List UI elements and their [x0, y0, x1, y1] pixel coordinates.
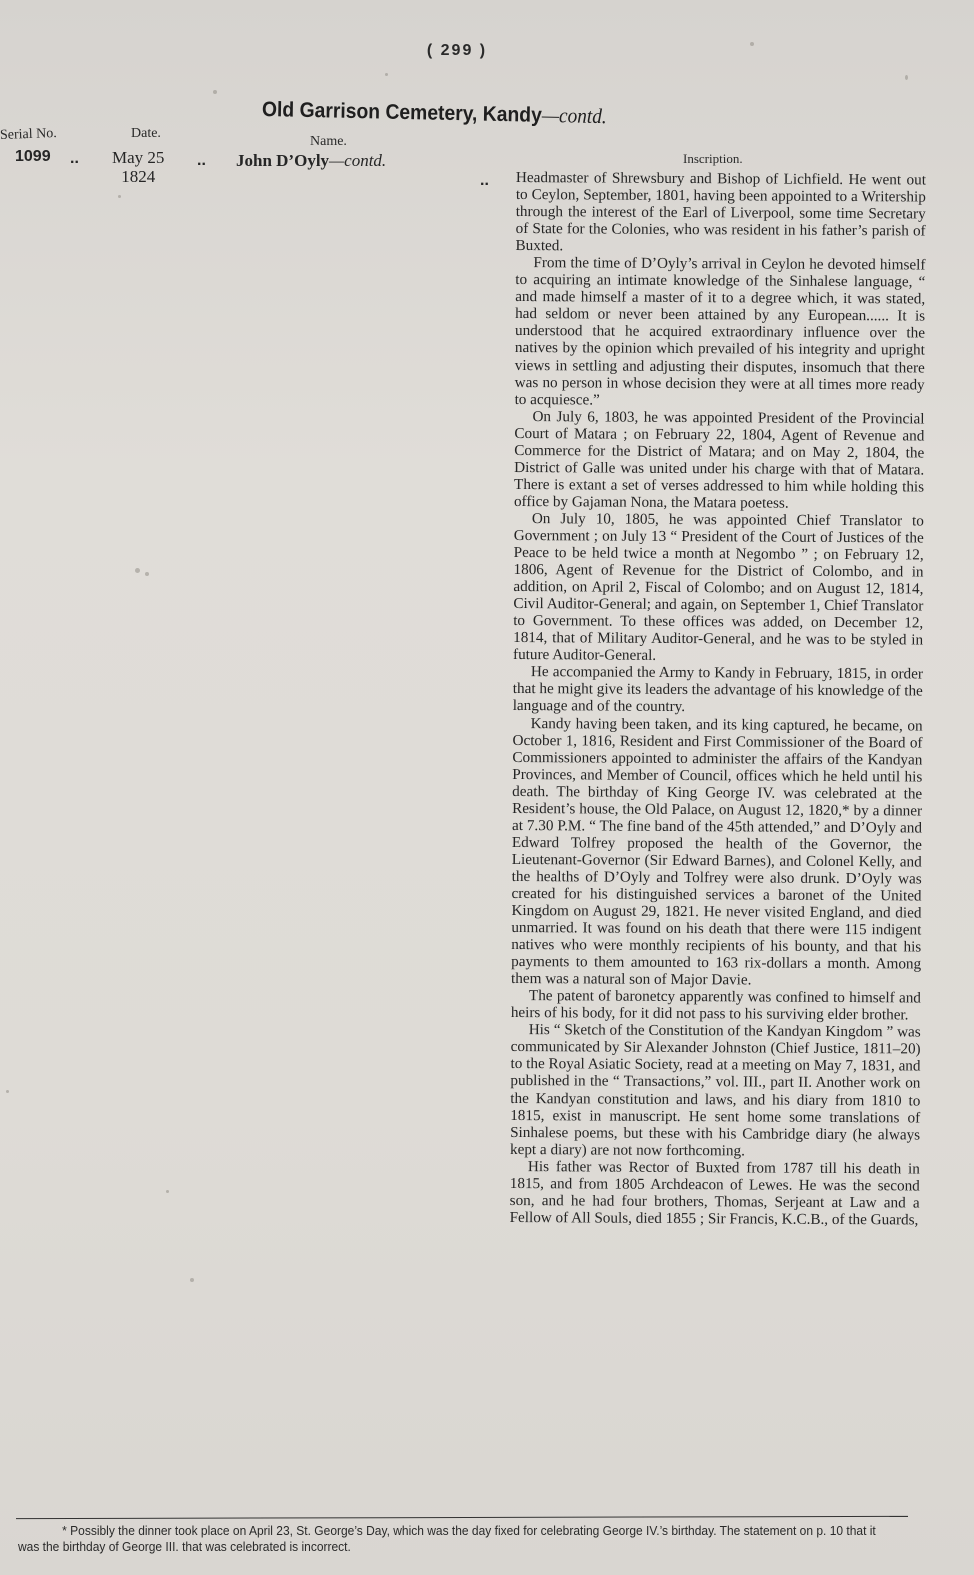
inscription-paragraph: His “ Sketch of the Constitution of the … [510, 1021, 921, 1160]
inscription-paragraph: He accompanied the Army to Kandy in Febr… [513, 663, 923, 717]
entry-serial: 1099 [15, 148, 51, 166]
inscription-paragraph: The patent of baronetcy apparently was c… [511, 987, 921, 1024]
entry-date-day: May 25 [112, 148, 164, 167]
inscription-paragraph: Kandy having been taken, and its king ca… [511, 714, 923, 989]
footnote-divider [16, 1516, 908, 1519]
title-text: Old Garrison Cemetery, Kandy [262, 98, 542, 127]
entry-date: May 25 1824 [112, 148, 164, 186]
column-header-serial: Serial No. [0, 126, 57, 144]
paper-speck [135, 568, 140, 573]
inscription-paragraph: Headmaster of Shrewsbury and Bishop of L… [515, 169, 926, 257]
paper-speck [166, 1190, 169, 1193]
paper-speck [145, 572, 149, 576]
paper-speck [213, 90, 217, 94]
leader-dots: .. [70, 150, 79, 168]
footnote: * Possibly the dinner took place on Apri… [18, 1523, 877, 1555]
entry-name: John D’Oyly—contd. [236, 151, 386, 171]
paper-speck [190, 1278, 194, 1282]
entry-name-suffix: —contd. [329, 151, 386, 170]
paper-speck [750, 42, 754, 46]
inscription-paragraph: On July 6, 1803, he was appointed Presid… [514, 408, 925, 513]
page-number: ( 299 ) [0, 42, 974, 60]
page-title: Old Garrison Cemetery, Kandy—contd. [262, 97, 649, 130]
entry-date-year: 1824 [112, 167, 164, 186]
inscription-body: Headmaster of Shrewsbury and Bishop of L… [510, 169, 926, 1228]
column-header-name: Name. [310, 134, 347, 150]
column-header-date: Date. [131, 126, 161, 142]
paper-speck [6, 1090, 9, 1093]
inscription-paragraph: His father was Rector of Buxted from 178… [510, 1158, 920, 1229]
inscription-paragraph: On July 10, 1805, he was appointed Chief… [513, 510, 924, 666]
paper-speck [905, 75, 908, 80]
title-suffix: —contd. [542, 103, 607, 128]
page-number-text: ( 299 ) [427, 42, 487, 60]
column-header-inscription: Inscription. [683, 151, 743, 167]
entry-name-text: John D’Oyly [236, 151, 329, 170]
paper-speck [385, 73, 388, 76]
leader-dots: .. [480, 172, 489, 190]
leader-dots: .. [197, 152, 206, 170]
inscription-paragraph: From the time of D’Oyly’s arrival in Cey… [515, 254, 926, 410]
paper-speck [118, 195, 121, 198]
